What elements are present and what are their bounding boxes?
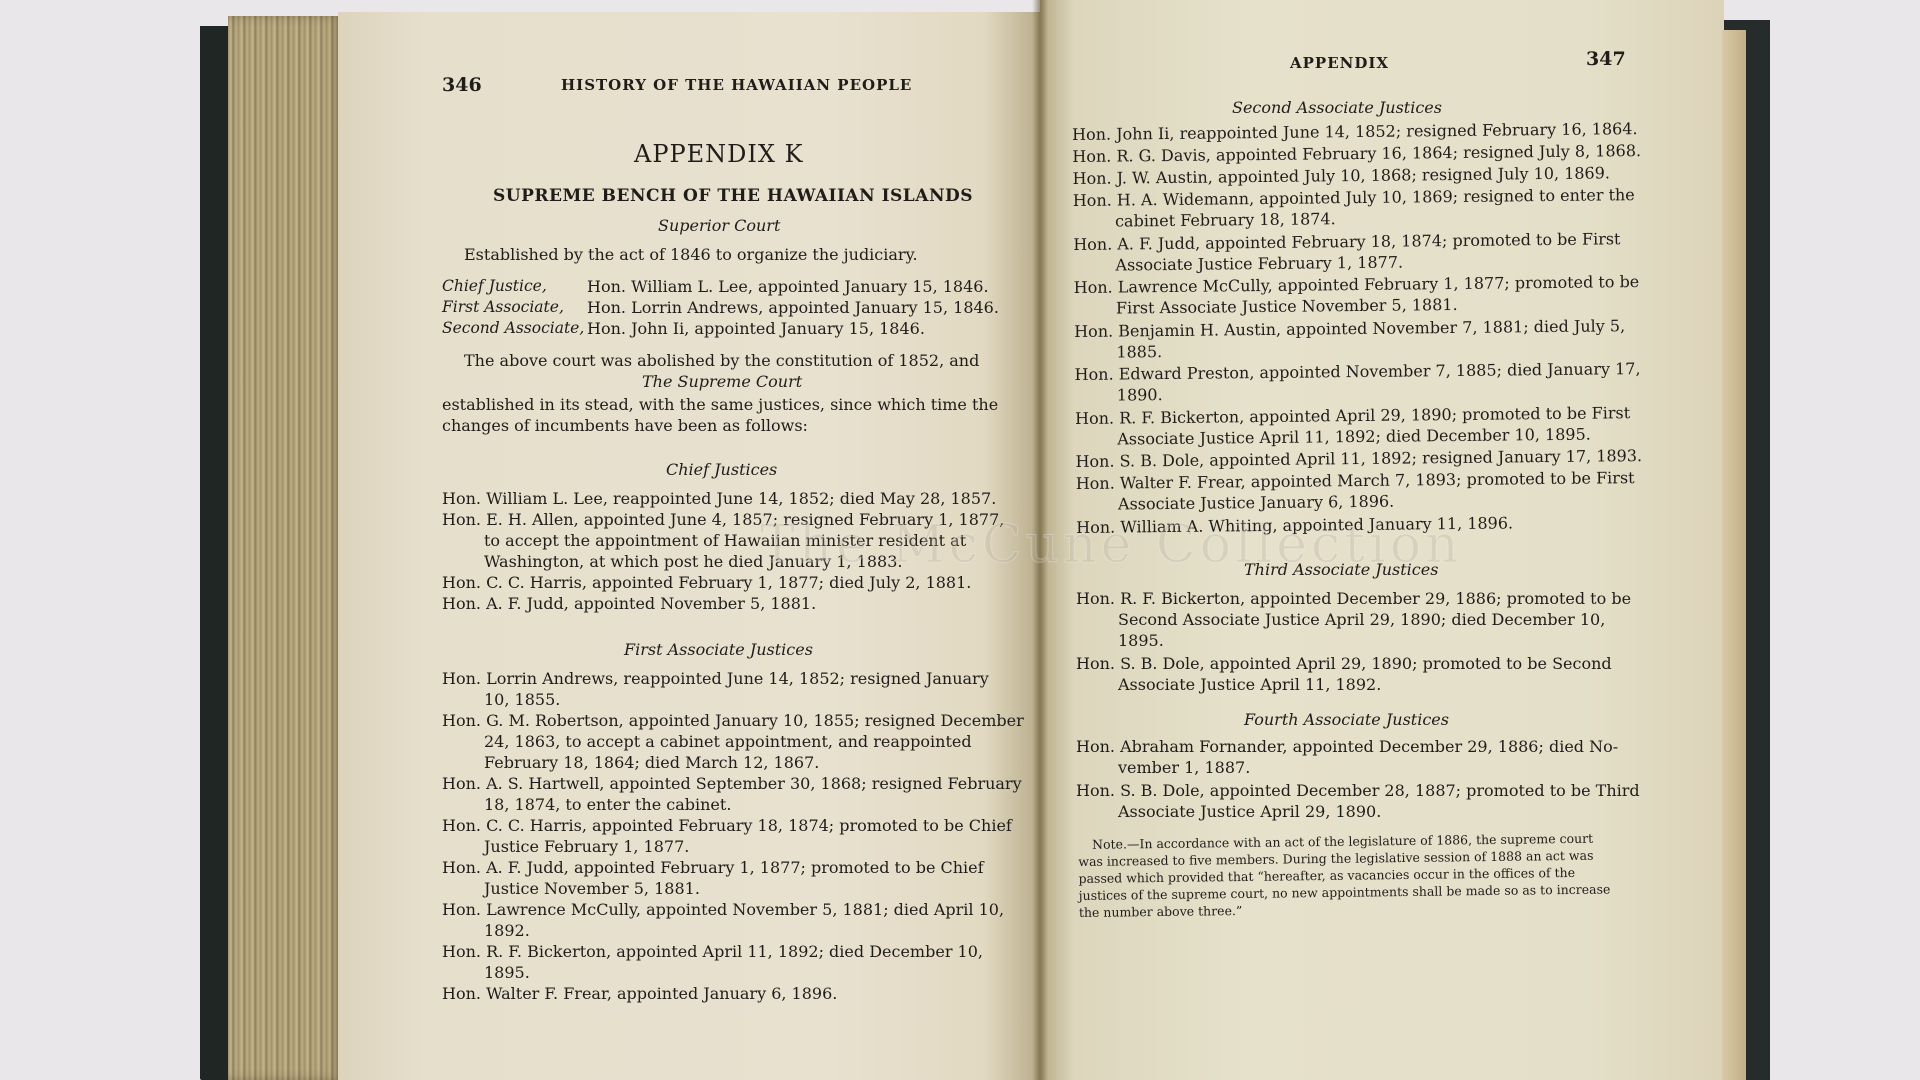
section-heading-chief-justices: Chief Justices [666, 460, 777, 479]
entry-first-line: Hon. Lorrin Andrews, reappointed June 14… [442, 668, 996, 689]
member-text: Hon. John Ii, appointed January 15, 1846… [587, 318, 925, 339]
established-text-1: established in its stead, with the same … [442, 394, 998, 415]
entry-first-line: Hon. William L. Lee, reappointed June 14… [442, 488, 996, 509]
entry-continuation-line: 18, 1874, to enter the cabinet. [442, 794, 996, 815]
justice-entry: Hon. Edward Preston, appointed November … [1075, 358, 1631, 406]
justice-entry: Hon. R. F. Bickerton, appointed April 29… [1075, 402, 1631, 450]
entry-continuation-line: 1895. [442, 962, 996, 983]
supreme-court-heading: The Supreme Court [642, 372, 802, 391]
entry-first-line: Hon. A. F. Judd, appointed February 1, 1… [442, 857, 996, 878]
justice-entry: Hon. Lawrence McCully, appointed Februar… [1074, 271, 1630, 319]
entry-continuation-line: 10, 1855. [442, 689, 996, 710]
entry-continuation-line: 1895. [1076, 630, 1632, 651]
entry-continuation-line: Associate Justice April 11, 1892. [1076, 674, 1632, 695]
section-heading-first-associate: First Associate Justices [624, 640, 813, 659]
entry-first-line: Hon. A. S. Hartwell, appointed September… [442, 773, 996, 794]
justice-entry: Hon. S. B. Dole, appointed April 29, 189… [1076, 653, 1632, 695]
entry-first-line: Hon. R. F. Bickerton, appointed April 11… [442, 941, 996, 962]
justice-entry: Hon. Lorrin Andrews, reappointed June 14… [442, 668, 996, 710]
member-role: First Associate, [442, 298, 564, 316]
justice-entry: Hon. A. F. Judd, appointed February 18, … [1073, 228, 1629, 276]
section-heading-fourth-associate: Fourth Associate Justices [1244, 710, 1449, 729]
justice-entry: Hon. C. C. Harris, appointed February 18… [442, 815, 996, 857]
entry-first-line: Hon. S. B. Dole, appointed December 28, … [1076, 780, 1632, 801]
entry-continuation-line: 1892. [442, 920, 996, 941]
justice-entry: Hon. William L. Lee, reappointed June 14… [442, 488, 996, 509]
entry-first-line: Hon. C. C. Harris, appointed February 18… [442, 815, 996, 836]
superior-court-intro: Established by the act of 1846 to organi… [464, 244, 918, 265]
page-number-right: 347 [1586, 48, 1626, 70]
entry-continuation-line: 24, 1863, to accept a cabinet appointmen… [442, 731, 996, 752]
entry-continuation-line: Justice February 1, 1877. [442, 836, 996, 857]
justice-entry: Hon. Lawrence McCully, appointed Novembe… [442, 899, 996, 941]
footnote: Note.—In accordance with an act of the l… [1078, 829, 1635, 921]
entry-first-line: Hon. G. M. Robertson, appointed January … [442, 710, 996, 731]
justice-entry: Hon. Walter F. Frear, appointed January … [442, 983, 996, 1004]
section-heading-superior-court: Superior Court [658, 216, 780, 235]
page-edges-left [228, 16, 342, 1080]
appendix-title: APPENDIX K [634, 140, 804, 168]
justice-entry: Hon. C. C. Harris, appointed February 1,… [442, 572, 996, 593]
justice-entry: Hon. A. F. Judd, appointed November 5, 1… [442, 593, 996, 614]
justice-entry: Hon. Walter F. Frear, appointed March 7,… [1076, 467, 1632, 515]
entry-first-line: Hon. A. F. Judd, appointed November 5, 1… [442, 593, 996, 614]
entry-first-line: Hon. S. B. Dole, appointed April 29, 189… [1076, 653, 1632, 674]
member-text: Hon. William L. Lee, appointed January 1… [587, 276, 989, 297]
entry-continuation-line: Justice November 5, 1881. [442, 878, 996, 899]
entry-first-line: Hon. Abraham Fornander, appointed Decemb… [1076, 736, 1632, 757]
entry-first-line: Hon. R. F. Bickerton, appointed December… [1076, 588, 1632, 609]
justice-entry: Hon. Abraham Fornander, appointed Decemb… [1076, 736, 1632, 778]
entry-continuation-line: February 18, 1864; died March 12, 1867. [442, 752, 996, 773]
page-edge-right [1722, 30, 1746, 1080]
member-role: Chief Justice, [442, 277, 547, 295]
abolished-text: The above court was abolished by the con… [464, 350, 979, 371]
established-text-2: changes of incumbents have been as follo… [442, 415, 808, 436]
justice-entry: Hon. R. F. Bickerton, appointed December… [1076, 588, 1632, 651]
justice-entry: Hon. Benjamin H. Austin, appointed Novem… [1074, 315, 1630, 363]
entry-continuation-line: Second Associate Justice April 29, 1890;… [1076, 609, 1632, 630]
justice-entry: Hon. G. M. Robertson, appointed January … [442, 710, 996, 773]
section-heading-second-associate: Second Associate Justices [1232, 98, 1442, 117]
watermark: The McCune Collection [760, 515, 1463, 575]
entry-first-line: Hon. C. C. Harris, appointed February 1,… [442, 572, 996, 593]
justice-entry: Hon. S. B. Dole, appointed December 28, … [1076, 780, 1632, 822]
entry-continuation-line: vember 1, 1887. [1076, 757, 1632, 778]
justice-entry: Hon. A. F. Judd, appointed February 1, 1… [442, 857, 996, 899]
justice-entry: Hon. H. A. Widemann, appointed July 10, … [1073, 184, 1629, 232]
entry-continuation-line: Associate Justice April 29, 1890. [1076, 801, 1632, 822]
running-header-left: HISTORY OF THE HAWAIIAN PEOPLE [561, 76, 912, 94]
entry-first-line: Hon. Lawrence McCully, appointed Novembe… [442, 899, 996, 920]
member-role: Second Associate, [442, 319, 584, 337]
justice-entry: Hon. R. F. Bickerton, appointed April 11… [442, 941, 996, 983]
entry-first-line: Hon. Walter F. Frear, appointed January … [442, 983, 996, 1004]
member-text: Hon. Lorrin Andrews, appointed January 1… [587, 297, 999, 318]
appendix-subtitle: SUPREME BENCH OF THE HAWAIIAN ISLANDS [493, 186, 973, 206]
page-number-left: 346 [442, 74, 482, 96]
justice-entry: Hon. A. S. Hartwell, appointed September… [442, 773, 996, 815]
running-header-right: APPENDIX [1290, 54, 1389, 72]
